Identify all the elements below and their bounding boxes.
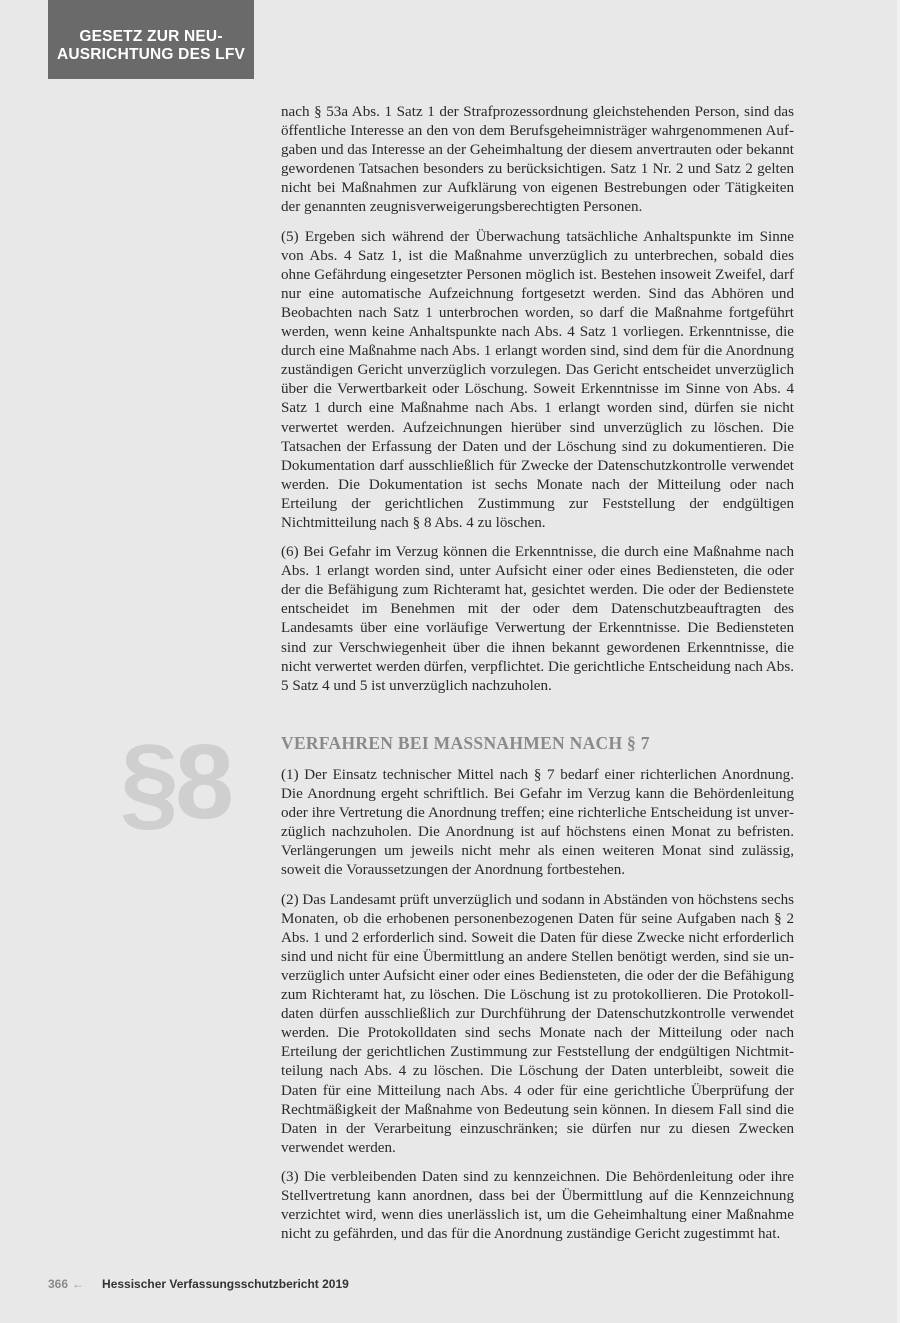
page-footer: 366 ← Hessischer Verfassungsschutzberich…: [48, 1277, 349, 1291]
chapter-header-tab: GESETZ ZUR NEU- AUSRICHTUNG DES LFV: [48, 0, 254, 79]
chapter-header-line-2: AUSRICHTUNG DES LFV: [54, 46, 248, 64]
paragraph-continuation: nach § 53a Abs. 1 Satz 1 der Strafprozes…: [281, 103, 794, 218]
section-8-paragraph-2: (2) Das Landesamt prüft unverzüglich und…: [281, 891, 794, 1158]
section-8-text: (1) Der Einsatz technischer Mittel nach …: [281, 766, 794, 1254]
continuation-text: nach § 53a Abs. 1 Satz 1 der Strafprozes…: [281, 103, 794, 706]
publication-title: Hessischer Verfassungsschutzbericht 2019: [102, 1277, 349, 1291]
section-title: VERFAHREN BEI MASSNAHMEN NACH § 7: [281, 733, 794, 754]
section-number-marker: §8: [120, 722, 230, 842]
page-number: 366: [48, 1277, 68, 1291]
chapter-header-line-1: GESETZ ZUR NEU-: [54, 28, 248, 46]
section-8-paragraph-3: (3) Die verbleibenden Daten sind zu kenn…: [281, 1168, 794, 1244]
paragraph-6: (6) Bei Gefahr im Verzug können die Erke…: [281, 543, 794, 696]
section-8-paragraph-1: (1) Der Einsatz technischer Mittel nach …: [281, 766, 794, 881]
paragraph-5: (5) Ergeben sich während der Überwachung…: [281, 228, 794, 534]
arrow-left-icon: ←: [72, 1277, 84, 1291]
